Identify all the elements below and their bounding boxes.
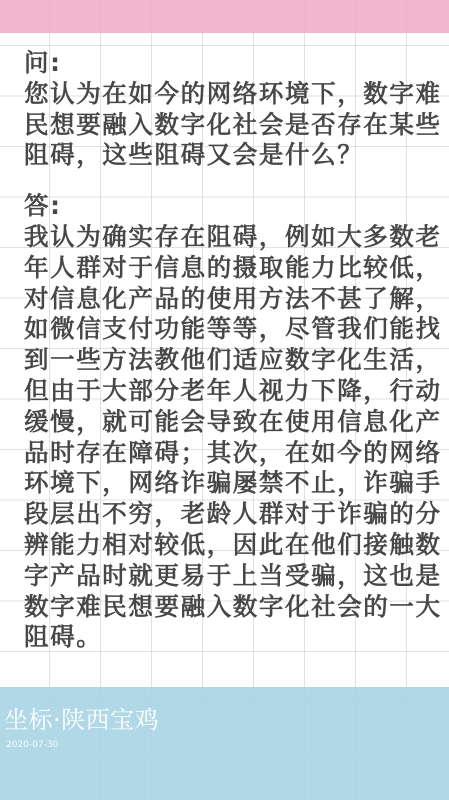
answer-label: 答: (24, 191, 424, 222)
answer-line: 字产品时就更易于上当受骗，这也是 (24, 561, 424, 592)
answer-line: 到一些方法教他们适应数字化生活， (24, 345, 424, 376)
answer-line: 但由于大部分老年人视力下降，行动 (24, 376, 424, 407)
question-line: 阻碍，这些阻碍又会是什么？ (24, 140, 424, 171)
answer-line: 如微信支付功能等等，尽管我们能找 (24, 314, 424, 345)
answer-line: 阻碍。 (24, 622, 424, 653)
qa-content: 问: 您认为在如今的网络环境下，数字难 民想要融入数字化社会是否存在某些 阻碍，… (24, 48, 424, 653)
answer-line: 年人群对于信息的摄取能力比较低， (24, 253, 424, 284)
answer-line: 品时存在障碍；其次，在如今的网络 (24, 438, 424, 469)
spacer (24, 171, 424, 191)
answer-line: 对信息化产品的使用方法不甚了解， (24, 284, 424, 315)
question-line: 您认为在如今的网络环境下，数字难 (24, 79, 424, 110)
answer-line: 段层出不穷，老龄人群对于诈骗的分 (24, 499, 424, 530)
question-line: 民想要融入数字化社会是否存在某些 (24, 110, 424, 141)
answer-line: 辨能力相对较低，因此在他们接触数 (24, 530, 424, 561)
top-pink-band (0, 0, 449, 33)
answer-line: 数字难民想要融入数字化社会的一大 (24, 592, 424, 623)
answer-line: 缓慢，就可能会导致在使用信息化产 (24, 407, 424, 438)
question-label: 问: (24, 48, 424, 79)
date-caption: 2020-07-30 (6, 740, 58, 750)
answer-line: 环境下，网络诈骗屡禁不止，诈骗手 (24, 468, 424, 499)
location-caption: 坐标·陕西宝鸡 (4, 700, 159, 735)
answer-line: 我认为确实存在阻碍，例如大多数老 (24, 222, 424, 253)
